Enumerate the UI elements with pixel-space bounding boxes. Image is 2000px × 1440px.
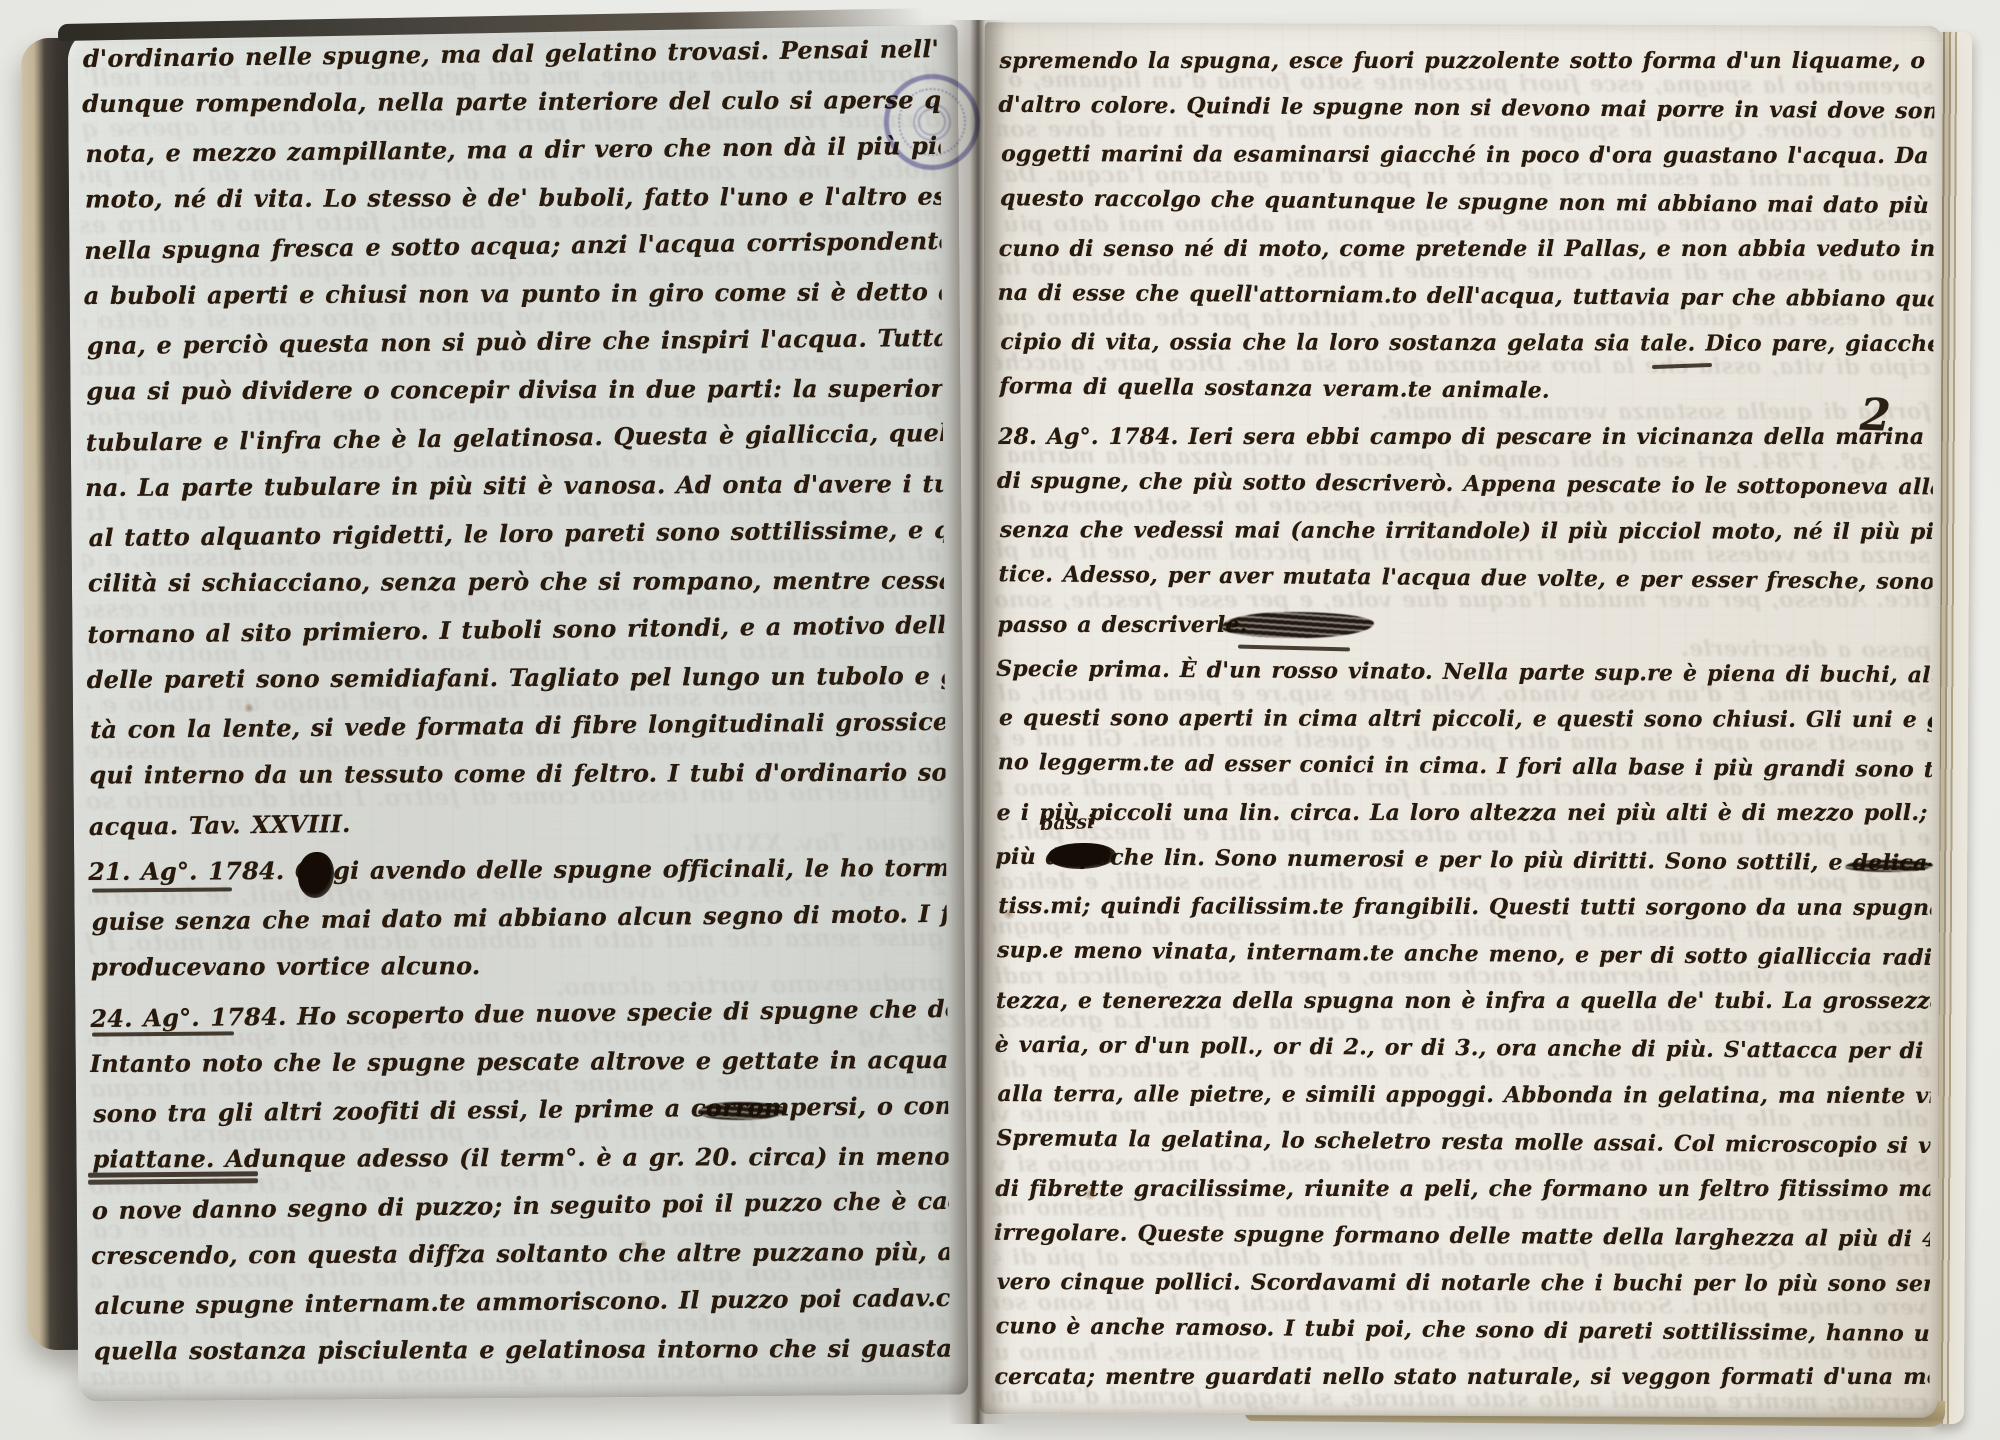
handwritten-line: senza che vedessi mai (anche irritandole…	[1000, 507, 1935, 556]
handwritten-line: dunque rompendola, nella parte interiore…	[82, 76, 940, 128]
handwritten-line: tubulare e l'infra che è la gelatinosa. …	[86, 409, 945, 467]
handwritten-line: gna, e perciò questa non si può dire che…	[87, 314, 945, 370]
handwritten-line: a buboli aperti e chiusi non va punto in…	[84, 268, 942, 320]
handwritten-line: acqua. Tav. XXVIII.	[89, 793, 948, 851]
handwritten-line: di fibrette gracilissime, riunite a peli…	[995, 1166, 1931, 1213]
handwritten-line: spremendo la spugna, esce fuori puzzolen…	[1000, 38, 1935, 85]
handwritten-line: cercata; mentre guardati nello stato nat…	[994, 1354, 1930, 1401]
handwritten-line: no leggerm.te ad esser conici in cima. I…	[998, 739, 1934, 794]
handwritten-line: cipio di vita, ossia che la loro sostanz…	[1000, 319, 1934, 368]
handwritten-line: e questi sono aperti in cima altri picco…	[999, 695, 1935, 744]
handwritten-line: tiss.mi; quindi facilissim.te frangibili…	[998, 883, 1934, 932]
handwritten-line: irregolare. Queste spugne formano delle …	[994, 1210, 1930, 1264]
handwritten-line: tice. Adesso, per aver mutata l'acqua du…	[998, 551, 1934, 606]
handwritten-line: 28. Ag°. 1784. Ieri sera ebbi campo di p…	[998, 414, 1934, 461]
handwritten-line: questo raccolgo che quantunque le spugne…	[1000, 175, 1935, 230]
handwritten-line: è varia, or d'un poll., or di 2., or di …	[995, 1022, 1931, 1076]
left-page-text: d'ordinario nelle spugne, ma dal gelatin…	[82, 27, 951, 1402]
handwritten-line: guise senza che mai dato mi abbiano alcu…	[91, 890, 949, 946]
handwritten-line: sono tra gli altri zoofiti di essi, le p…	[93, 1082, 950, 1138]
handwritten-line: alcune spugne internam.te ammoriscono. I…	[94, 1274, 950, 1330]
handwritten-line: 21. Ag°. 1784. Oggi avendo delle spugne …	[88, 844, 946, 896]
handwritten-line: cilità si schiacciano, senza però che si…	[88, 557, 946, 608]
handwritten-line: più di poche lin. Sono numerosi e per lo…	[995, 834, 1931, 888]
handwritten-line: quella sostanza pisciulenta e gelatinosa…	[94, 1325, 950, 1376]
handwritten-line: qui interno da un tessuto come di feltro…	[89, 749, 947, 800]
handwritten-line: sup.e meno vinata, internam.te anche men…	[997, 927, 1933, 982]
handwritten-line: oggetti marini da esaminarsi giacché in …	[1001, 131, 1934, 180]
handwritten-line: d'altro colore. Quindi le spugne non si …	[998, 82, 1934, 136]
handwritten-line: cuno di senso né di moto, come pretende …	[999, 226, 1935, 273]
handwritten-line: o nove danno segno di puzzo; in seguito …	[92, 1177, 951, 1235]
handwritten-line: forma di quella sostanza veram.te animal…	[999, 363, 1935, 418]
handwritten-line: vero cinque pollici. Scordavami di notar…	[997, 1259, 1933, 1308]
handwritten-line: tà con la lente, si vede formata di fibr…	[90, 698, 948, 754]
handwritten-line: Spremuta la gelatina, lo scheletro resta…	[996, 1115, 1932, 1170]
handwritten-line: e i più piccoli una lin. circa. La loro …	[997, 790, 1933, 837]
handwritten-line: passo a descriverle.	[997, 602, 1933, 649]
handwritten-line: nella spugna fresca e sotto acqua; anzi …	[84, 217, 943, 275]
manuscript-photo: d'ordinario nelle spugne, ma dal gelatin…	[0, 0, 2000, 1440]
handwritten-line: tornano al sito primiero. I tuboli sono …	[87, 601, 946, 659]
handwritten-line: di spugne, che più sotto descriverò. App…	[997, 458, 1933, 512]
handwritten-line: 24. Ag°. 1784. Ho scoperto due nuove spe…	[90, 985, 949, 1043]
handwritten-line: Intanto noto che le spugne pescate altro…	[90, 1036, 948, 1088]
handwritten-line: producevano vortice alcuno.	[91, 941, 949, 992]
handwritten-line: gua si può dividere o concepir divisa in…	[86, 365, 944, 416]
handwritten-line: tezza, e tenerezza della spugna non è in…	[996, 978, 1932, 1025]
handwritten-line: al tatto alquanto rigidetti, le loro par…	[88, 506, 946, 562]
handwritten-line: Specie prima. È d'un rosso vinato. Nella…	[996, 646, 1932, 700]
handwritten-line: alla terra, alle pietre, e simili appogg…	[998, 1071, 1934, 1120]
handwritten-line: delle pareti sono semidiafani. Tagliato …	[87, 652, 945, 704]
right-page-text: spremendo la spugna, esce fuori puzzolen…	[993, 36, 1934, 1418]
handwritten-line: piattane. Adunque adesso (il term°. è a …	[92, 1133, 950, 1184]
handwritten-line: na. La parte tubulare in più siti è vano…	[85, 460, 943, 512]
handwritten-line: na di esse che quell'attorniam.to dell'a…	[997, 270, 1933, 324]
handwritten-line: crescendo, con questa diffza soltanto ch…	[91, 1228, 949, 1280]
left-page: d'ordinario nelle spugne, ma dal gelatin…	[68, 25, 969, 1402]
handwritten-line: moto, né di vita. Lo stesso è de' buboli…	[85, 173, 943, 224]
handwritten-line: cuno è anche ramoso. I tubi poi, che son…	[995, 1303, 1931, 1358]
right-page: spremendo la spugna, esce fuori puzzolen…	[979, 22, 1942, 1418]
handwritten-line: nota, e mezzo zampillante, ma a dir vero…	[85, 122, 943, 178]
